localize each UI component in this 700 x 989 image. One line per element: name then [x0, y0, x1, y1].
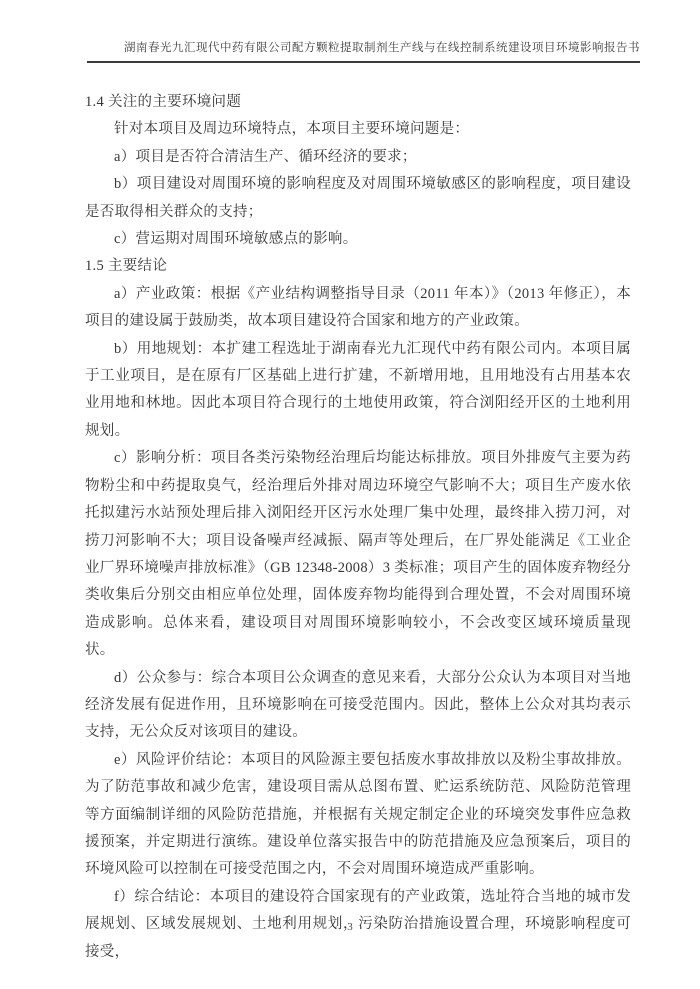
paragraph: 针对本项目及周边环境特点，本项目主要环境问题是：: [85, 116, 631, 143]
section-heading-1-5: 1.5 主要结论: [85, 253, 631, 280]
paragraph: b）项目建设对周围环境的影响程度及对周围环境敏感区的影响程度，项目建设是否取得相…: [85, 171, 631, 226]
paragraph: d）公众参与：综合本项目公众调查的意见来看，大部分公众认为本项目对当地经济发展有…: [85, 665, 631, 747]
page-header-title: 湖南春光九汇现代中药有限公司配方颗粒提取制剂生产线与在线控制系统建设项目环境影响…: [87, 40, 640, 63]
paragraph: a）产业政策：根据《产业结构调整指导目录（2011 年本）》（2013 年修正）…: [85, 281, 631, 336]
paragraph: b）用地规划：本扩建工程选址于湖南春光九汇现代中药有限公司内。本项目属于工业项目…: [85, 336, 631, 446]
page-number: 3: [0, 921, 700, 933]
paragraph: c）影响分析：项目各类污染物经治理后均能达标排放。项目外排废气主要为药物粉尘和中…: [85, 445, 631, 664]
document-page: 湖南春光九汇现代中药有限公司配方颗粒提取制剂生产线与在线控制系统建设项目环境影响…: [0, 0, 700, 989]
paragraph: a）项目是否符合清洁生产、循环经济的要求；: [85, 144, 631, 171]
paragraph: c）营运期对周围环境敏感点的影响。: [85, 226, 631, 253]
document-body: 1.4 关注的主要环境问题 针对本项目及周边环境特点，本项目主要环境问题是： a…: [85, 89, 631, 966]
section-heading-1-4: 1.4 关注的主要环境问题: [85, 89, 631, 116]
paragraph: e）风险评价结论：本项目的风险源主要包括废水事故排放以及粉尘事故排放。为了防范事…: [85, 747, 631, 884]
